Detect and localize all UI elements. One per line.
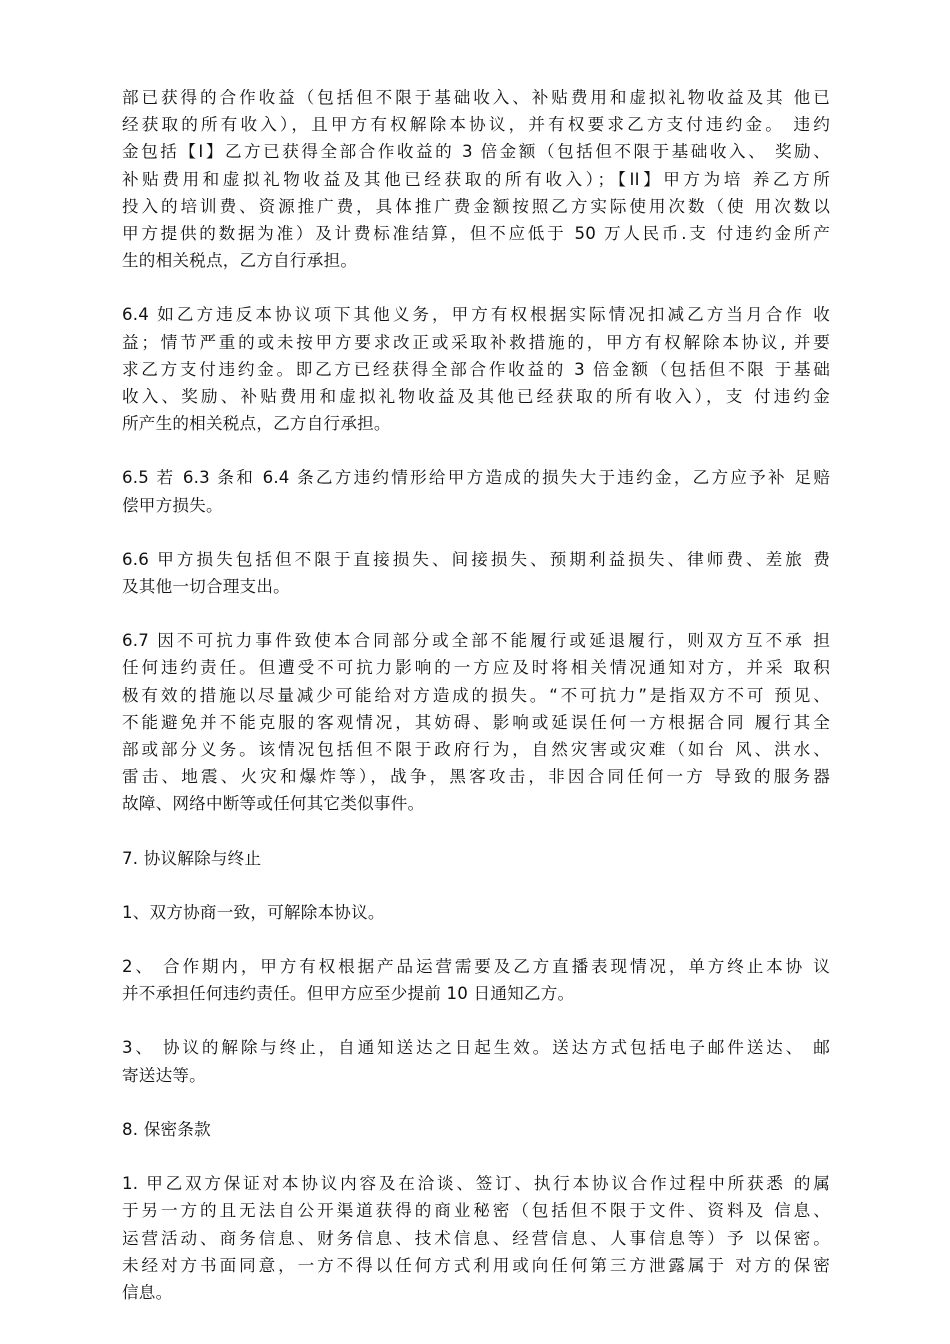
paragraph-spacer (122, 872, 830, 899)
text-line: 并不承担任何违约责任。但甲方应至少提前 10 日通知乙方。 (122, 980, 830, 1007)
paragraph-7-2: 2、 合作期内，甲方有权根据产品运营需要及乙方直播表现情况，单方终止本协 议 并… (122, 953, 830, 1007)
text-line: 6.7 因不可抗力事件致使本合同部分或全部不能履行或延退履行，则双方互不承 担 (122, 627, 830, 654)
text-line: 收入、奖励、补贴费用和虚拟礼物收益及其他已经获取的所有收入），支 付违约金 (122, 383, 830, 410)
paragraph-spacer (122, 1089, 830, 1116)
text-line: 运营活动、商务信息、财务信息、技术信息、经营信息、人事信息等）予 以保密。 (122, 1225, 830, 1252)
text-line: 6.6 甲方损失包括但不限于直接损失、间接损失、预期利益损失、律师费、差旅 费 (122, 546, 830, 573)
text-line: 3、 协议的解除与终止，自通知送达之日起生效。送达方式包括电子邮件送达、 邮 (122, 1034, 830, 1061)
section-heading-8: 8. 保密条款 (122, 1116, 830, 1143)
text-line: 部已获得的合作收益（包括但不限于基础收入、补贴费用和虚拟礼物收益及其 他已 (122, 84, 830, 111)
paragraph-6-3-continued: 部已获得的合作收益（包括但不限于基础收入、补贴费用和虚拟礼物收益及其 他已 经获… (122, 84, 830, 274)
paragraph-spacer (122, 519, 830, 546)
text-line: 6.4 如乙方违反本协议项下其他义务，甲方有权根据实际情况扣减乙方当月合作 收 (122, 301, 830, 328)
text-line: 1. 甲乙双方保证对本协议内容及在洽谈、签订、执行本协议合作过程中所获悉 的属 (122, 1170, 830, 1197)
text-line: 未经对方书面同意，一方不得以任何方式利用或向任何第三方泄露属于 对方的保密 (122, 1252, 830, 1279)
text-line: 1、双方协商一致，可解除本协议。 (122, 899, 830, 926)
paragraph-spacer (122, 274, 830, 301)
text-line: 益；情节严重的或未按甲方要求改正或采取补救措施的，甲方有权解除本协议, 并要 (122, 329, 830, 356)
text-line: 任何违约责任。但遭受不可抗力影响的一方应及时将相关情况通知对方，并采 取积 (122, 654, 830, 681)
paragraph-spacer (122, 818, 830, 845)
paragraph-spacer (122, 926, 830, 953)
paragraph-6-6: 6.6 甲方损失包括但不限于直接损失、间接损失、预期利益损失、律师费、差旅 费 … (122, 546, 830, 600)
text-line: 甲方提供的数据为准）及计费标准结算，但不应低于 50 万人民币.支 付违约金所产 (122, 220, 830, 247)
paragraph-7-1: 1、双方协商一致，可解除本协议。 (122, 899, 830, 926)
text-line: 6.5 若 6.3 条和 6.4 条乙方违约情形给甲方造成的损失大于违约金，乙方… (122, 464, 830, 491)
paragraph-spacer (122, 1007, 830, 1034)
text-line: 寄送达等。 (122, 1062, 830, 1089)
text-line: 于另一方的且无法自公开渠道获得的商业秘密（包括但不限于文件、资料及 信息、 (122, 1197, 830, 1224)
paragraph-8-1: 1. 甲乙双方保证对本协议内容及在洽谈、签订、执行本协议合作过程中所获悉 的属 … (122, 1170, 830, 1306)
text-line: 金包括【I】乙方已获得全部合作收益的 3 倍金额（包括但不限于基础收入、 奖励、 (122, 138, 830, 165)
paragraph-spacer (122, 437, 830, 464)
text-line: 补贴费用和虚拟礼物收益及其他已经获取的所有收入）；【II】甲方为培 养乙方所 (122, 166, 830, 193)
text-line: 雷击、地震、火灾和爆炸等），战争，黑客攻击，非因合同任何一方 导致的服务器 (122, 763, 830, 790)
paragraph-6-7: 6.7 因不可抗力事件致使本合同部分或全部不能履行或延退履行，则双方互不承 担 … (122, 627, 830, 817)
text-line: 生的相关税点，乙方自行承担。 (122, 247, 830, 274)
text-line: 及其他一切合理支出。 (122, 573, 830, 600)
paragraph-7-3: 3、 协议的解除与终止，自通知送达之日起生效。送达方式包括电子邮件送达、 邮 寄… (122, 1034, 830, 1088)
paragraph-spacer (122, 1143, 830, 1170)
text-line: 2、 合作期内，甲方有权根据产品运营需要及乙方直播表现情况，单方终止本协 议 (122, 953, 830, 980)
text-line: 所产生的相关税点，乙方自行承担。 (122, 410, 830, 437)
text-line: 经获取的所有收入），且甲方有权解除本协议，并有权要求乙方支付违约金。 违约 (122, 111, 830, 138)
text-line: 不能避免并不能克服的客观情况，其妨碍、影响或延误任何一方根据合同 履行其全 (122, 709, 830, 736)
paragraph-6-4: 6.4 如乙方违反本协议项下其他义务，甲方有权根据实际情况扣减乙方当月合作 收 … (122, 301, 830, 437)
paragraph-6-5: 6.5 若 6.3 条和 6.4 条乙方违约情形给甲方造成的损失大于违约金，乙方… (122, 464, 830, 518)
heading-text: 8. 保密条款 (122, 1116, 830, 1143)
heading-text: 7. 协议解除与终止 (122, 845, 830, 872)
text-line: 部或部分义务。该情况包括但不限于政府行为，自然灾害或灾难（如台 风、洪水、 (122, 736, 830, 763)
text-line: 信息。 (122, 1279, 830, 1306)
document-page: 部已获得的合作收益（包括但不限于基础收入、补贴费用和虚拟礼物收益及其 他已 经获… (122, 84, 830, 1306)
text-line: 极有效的措施以尽量减少可能给对方造成的损失。“不可抗力”是指双方不可 预见、 (122, 682, 830, 709)
text-line: 投入的培训费、资源推广费，具体推广费金额按照乙方实际使用次数（使 用次数以 (122, 193, 830, 220)
section-heading-7: 7. 协议解除与终止 (122, 845, 830, 872)
text-line: 故障、网络中断等或任何其它类似事件。 (122, 790, 830, 817)
text-line: 求乙方支付违约金。即乙方已经获得全部合作收益的 3 倍金额（包括但不限 于基础 (122, 356, 830, 383)
paragraph-spacer (122, 600, 830, 627)
text-line: 偿甲方损失。 (122, 492, 830, 519)
